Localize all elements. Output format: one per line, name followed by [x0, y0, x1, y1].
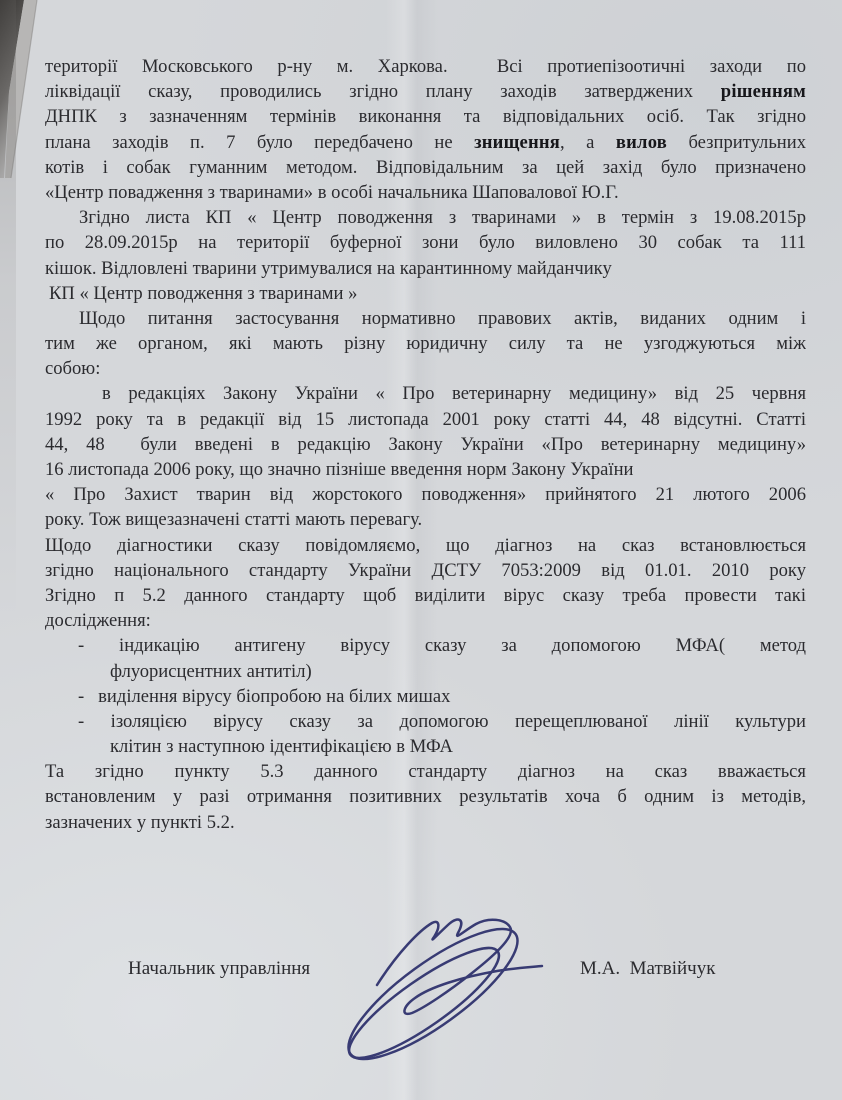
text-line: Згідно п 5.2 данного стандарту щоб виділ…: [45, 583, 806, 608]
signatory-role-label: Начальник управління: [128, 958, 310, 980]
signature-strokes: [332, 909, 542, 1079]
text-segment: 1992 року та в редакції від 15 листопада…: [45, 409, 806, 430]
text-segment: Щодо діагностики сказу повідомляємо, що …: [45, 535, 806, 556]
letter-body-text: території Московського р-ну м. Харкова. …: [45, 54, 806, 835]
text-segment: - ізоляцією вірусу сказу за допомогою пе…: [78, 711, 806, 732]
text-segment: року. Тож вищезазначені статті мають пер…: [45, 509, 422, 530]
handwritten-signature: [330, 898, 565, 1088]
text-line: ДНПК з зазначенням термінів виконання та…: [45, 104, 806, 129]
text-line: - індикацію антигену вірусу сказу за доп…: [45, 633, 806, 658]
text-line: Щодо питання застосування нормативно пра…: [45, 306, 806, 331]
text-segment: 44, 48 були введені в редакцію Закону Ук…: [45, 434, 806, 455]
text-line: Згідно листа КП « Центр поводження з тва…: [45, 205, 806, 230]
text-segment: ліквідації сказу, проводились згідно пла…: [45, 81, 721, 102]
text-line: флуорисцентних антитіл): [45, 659, 806, 684]
text-segment: « Про Захист тварин від жорстокого повод…: [45, 484, 806, 505]
text-segment: Згідно п 5.2 данного стандарту щоб виділ…: [45, 585, 806, 606]
text-segment: безпритульних: [667, 132, 806, 153]
text-line: 44, 48 були введені в редакцію Закону Ук…: [45, 432, 806, 457]
text-line: 16 листопада 2006 року, що значно пізніш…: [45, 457, 806, 482]
text-segment: встановленим у разі отримання позитивних…: [45, 786, 806, 807]
text-segment: згідно національного стандарту України Д…: [45, 560, 806, 581]
text-line: кішок. Відловлені тварини утримувалися н…: [45, 256, 806, 281]
text-segment: клітин з наступною ідентифікацією в МФА: [110, 736, 453, 757]
text-line: плана заходів п. 7 було передбачено не з…: [45, 130, 806, 155]
text-line: дослідження:: [45, 608, 806, 633]
text-segment: котів і собак гуманним методом. Відповід…: [45, 157, 806, 178]
text-line: тим же органом, які мають різну юридичну…: [45, 331, 806, 356]
text-line: собою:: [45, 356, 806, 381]
text-segment: собою:: [45, 358, 100, 379]
document-page: території Московського р-ну м. Харкова. …: [0, 0, 842, 1100]
text-line: - виділення вірусу біопробою на білих ми…: [45, 684, 806, 709]
text-segment: зазначених у пункті 5.2.: [45, 812, 235, 833]
text-line: зазначених у пункті 5.2.: [45, 810, 806, 835]
text-line: КП « Центр поводження з тваринами »: [45, 281, 806, 306]
text-line: по 28.09.2015р на території буферної зон…: [45, 230, 806, 255]
text-segment: Згідно листа КП « Центр поводження з тва…: [79, 207, 806, 228]
text-line: котів і собак гуманним методом. Відповід…: [45, 155, 806, 180]
scanned-letter-photo: { "colors": { "paper": "#d5d7da", "ink":…: [0, 0, 842, 1100]
text-line: клітин з наступною ідентифікацією в МФА: [45, 734, 806, 759]
text-line: згідно національного стандарту України Д…: [45, 558, 806, 583]
text-segment: ДНПК з зазначенням термінів виконання та…: [45, 106, 806, 127]
text-segment: плана заходів п. 7 було передбачено не: [45, 132, 474, 153]
text-line: встановленим у разі отримання позитивних…: [45, 784, 806, 809]
bold-text-segment: рішенням: [721, 81, 806, 102]
text-segment: Щодо питання застосування нормативно пра…: [79, 308, 806, 329]
text-line: Щодо діагностики сказу повідомляємо, що …: [45, 533, 806, 558]
text-segment: - виділення вірусу біопробою на білих ми…: [78, 686, 450, 707]
text-line: «Центр повадження з тваринами» в особі н…: [45, 180, 806, 205]
text-segment: кішок. Відловлені тварини утримувалися н…: [45, 258, 612, 279]
text-line: території Московського р-ну м. Харкова. …: [45, 54, 806, 79]
text-segment: по 28.09.2015р на території буферної зон…: [45, 232, 806, 253]
text-segment: території Московського р-ну м. Харкова. …: [45, 56, 806, 77]
text-line: « Про Захист тварин від жорстокого повод…: [45, 482, 806, 507]
text-segment: дослідження:: [45, 610, 151, 631]
text-line: ліквідації сказу, проводились згідно пла…: [45, 79, 806, 104]
text-line: Та згідно пункту 5.3 данного стандарту д…: [45, 759, 806, 784]
text-segment: «Центр повадження з тваринами» в особі н…: [45, 182, 619, 203]
text-line: - ізоляцією вірусу сказу за допомогою пе…: [45, 709, 806, 734]
bold-text-segment: знищення: [474, 132, 560, 153]
text-segment: - індикацію антигену вірусу сказу за доп…: [78, 635, 806, 656]
text-segment: флуорисцентних антитіл): [110, 661, 312, 682]
text-segment: 16 листопада 2006 року, що значно пізніш…: [45, 459, 634, 480]
text-line: в редакціях Закону України « Про ветерин…: [45, 381, 806, 406]
signatory-name-label: М.А. Матвійчук: [580, 958, 715, 980]
text-segment: Та згідно пункту 5.3 данного стандарту д…: [45, 761, 806, 782]
text-segment: тим же органом, які мають різну юридичну…: [45, 333, 806, 354]
text-line: року. Тож вищезазначені статті мають пер…: [45, 507, 806, 532]
text-segment: в редакціях Закону України « Про ветерин…: [102, 383, 806, 404]
text-segment: , а: [560, 132, 616, 153]
text-line: 1992 року та в редакції від 15 листопада…: [45, 407, 806, 432]
bold-text-segment: вилов: [616, 132, 667, 153]
text-segment: КП « Центр поводження з тваринами »: [49, 283, 357, 304]
